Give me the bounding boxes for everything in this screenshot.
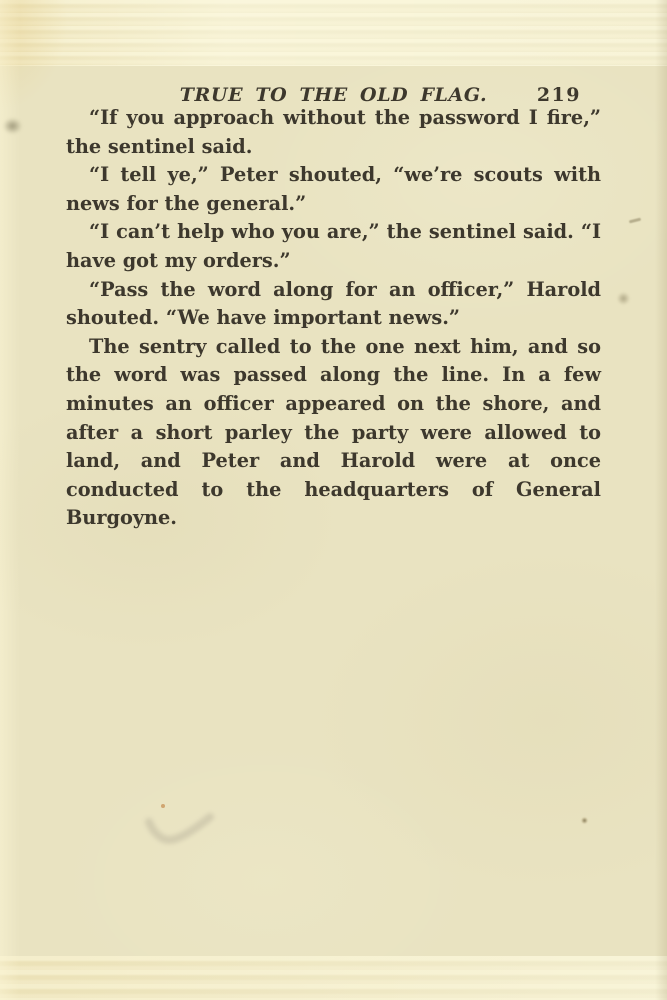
scan-light-band-bottom: [0, 956, 667, 1000]
ink-spot-left-margin: [3, 118, 22, 134]
page-edge-shadow: [655, 0, 667, 1000]
paragraph: “If you approach without the password I …: [66, 104, 601, 161]
paragraph: “I can’t help who you are,” the sentinel…: [66, 218, 601, 275]
page-body-text: “If you approach without the password I …: [66, 104, 601, 533]
scan-light-band-left: [0, 0, 20, 1000]
small-dash-mark: [629, 218, 641, 224]
fuzzy-stain-right: [617, 292, 630, 305]
paragraph: The sentry called to the one next him, a…: [66, 333, 601, 533]
orange-speck: [161, 804, 165, 808]
brown-speck: [581, 817, 588, 824]
pencil-smudge-checkmark: [142, 810, 218, 856]
paragraph: “Pass the word along for an officer,” Ha…: [66, 276, 601, 333]
scan-light-band-top: [0, 0, 667, 66]
scanned-book-page: TRUE TO THE OLD FLAG. 219 “If you approa…: [0, 0, 667, 1000]
paragraph: “I tell ye,” Peter shouted, “we’re scout…: [66, 161, 601, 218]
page-number: 219: [537, 84, 581, 106]
